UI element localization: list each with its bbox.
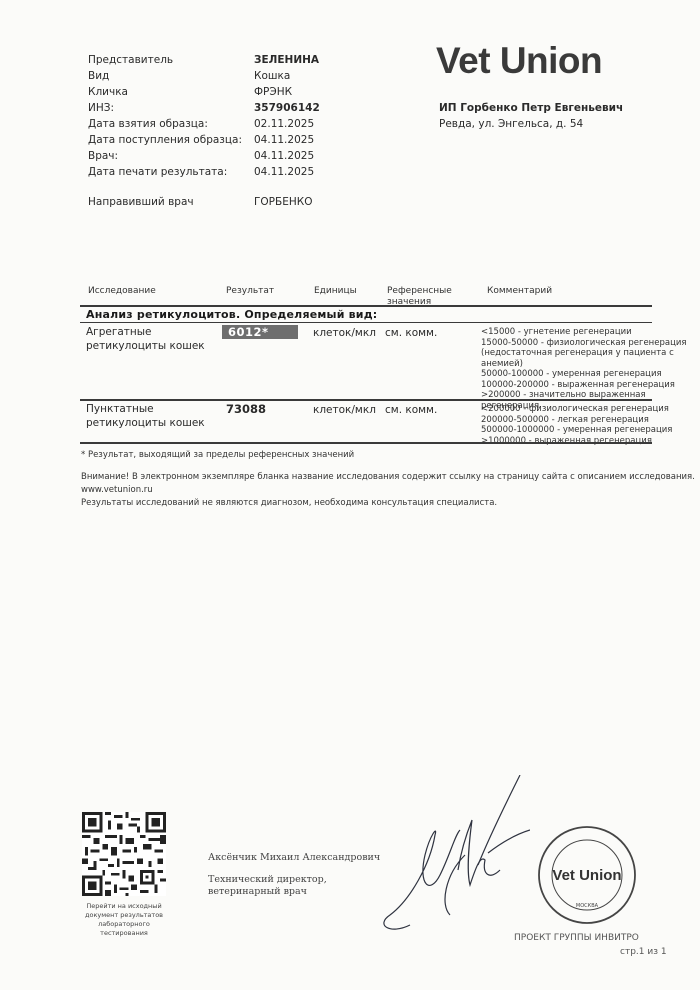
- col-header-test: Исследование: [88, 286, 156, 297]
- disclaimer-note: Результаты исследований не являются диаг…: [81, 498, 497, 508]
- field-species: Вид Кошка: [88, 68, 320, 84]
- field-nickname: Кличка ФРЭНК: [88, 84, 320, 100]
- field-print-date: Дата печати результата: 04.11.2025: [88, 164, 320, 180]
- svg-text:МОСКВА: МОСКВА: [576, 903, 599, 909]
- col-header-comment: Комментарий: [487, 286, 552, 297]
- project-label: ПРОЕКТ ГРУППЫ ИНВИТРО: [514, 933, 639, 943]
- comment: <200000 - физиологическая регенерация 20…: [481, 404, 672, 446]
- signer-title: Технический директор, ветеринарный врач: [208, 874, 327, 898]
- field-received-date: Дата поступления образца: 04.11.2025: [88, 132, 320, 148]
- units: клеток/мкл: [313, 326, 376, 340]
- field-order-number: ИНЗ: 357906142: [88, 100, 320, 116]
- field-representative: Представитель ЗЕЛЕНИНА: [88, 52, 320, 68]
- col-header-result: Результат: [226, 286, 274, 297]
- field-doctor: Врач: 04.11.2025: [88, 148, 320, 164]
- table-divider: [80, 399, 652, 401]
- page-number: стр.1 из 1: [620, 947, 667, 957]
- website-link[interactable]: www.vetunion.ru: [81, 485, 153, 495]
- company-stamp: Vet Union МОСКВА: [537, 825, 637, 925]
- vet-union-logo: Vet Union: [436, 40, 602, 82]
- asterisk-note: * Результат, выходящий за пределы рефере…: [81, 450, 354, 460]
- table-divider: [80, 322, 652, 323]
- test-name: Агрегатные ретикулоциты кошек: [86, 325, 205, 353]
- clinic-address: Ревда, ул. Энгельса, д. 54: [439, 116, 623, 132]
- table-divider: [80, 305, 652, 307]
- qr-caption: Перейти на исходный документ результатов…: [78, 902, 170, 938]
- col-header-units: Единицы: [314, 286, 357, 297]
- patient-info: Представитель ЗЕЛЕНИНА Вид Кошка Кличка …: [88, 52, 320, 210]
- section-title: Анализ ретикулоцитов. Определяемый вид:: [86, 308, 377, 321]
- qr-code[interactable]: [82, 812, 166, 896]
- reference: см. комм.: [385, 326, 437, 340]
- attention-note: Внимание! В электронном экземпляре бланк…: [81, 472, 695, 482]
- signature: [370, 775, 530, 940]
- result-value-flagged: 6012*: [222, 325, 298, 339]
- stamp-text: Vet Union: [552, 867, 621, 884]
- units: клеток/мкл: [313, 403, 376, 417]
- result-value: 73088: [226, 402, 266, 416]
- field-referring-doctor: Направивший врач ГОРБЕНКО: [88, 194, 320, 210]
- clinic-info: ИП Горбенко Петр Евгеньевич Ревда, ул. Э…: [439, 100, 623, 132]
- clinic-name: ИП Горбенко Петр Евгеньевич: [439, 100, 623, 116]
- table-divider: [80, 442, 652, 444]
- signer-name: Аксёнчик Михаил Александрович: [208, 852, 380, 863]
- reference: см. комм.: [385, 403, 437, 417]
- field-sample-date: Дата взятия образца: 02.11.2025: [88, 116, 320, 132]
- test-name: Пунктатные ретикулоциты кошек: [86, 402, 205, 430]
